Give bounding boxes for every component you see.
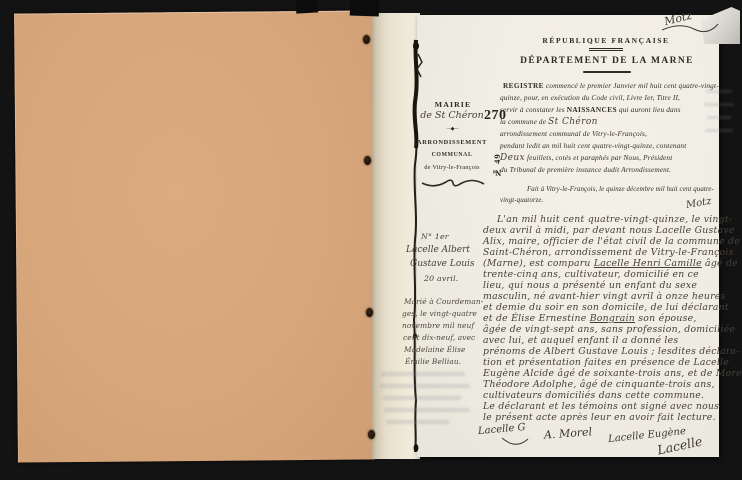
marginal-mention-line: Émilie Belliau.	[405, 357, 461, 366]
flourish-ornament	[420, 177, 486, 189]
acte-line: âgée de vingt-sept ans, sans profession,…	[483, 324, 735, 335]
ink-bleed	[381, 372, 465, 376]
left-blank-page	[14, 10, 375, 462]
marginal-mention-line: novembre mil neuf	[402, 321, 474, 330]
republique-title: RÉPUBLIQUE FRANÇAISE	[542, 36, 669, 45]
binding-hole	[363, 35, 370, 44]
marginal-mention-line: Marié à Courdeman-	[404, 297, 483, 306]
naissances-word: NAISSANCES	[567, 105, 617, 114]
ink-bleed	[707, 116, 731, 119]
departement-title: DÉPARTEMENT DE LA MARNE	[520, 56, 694, 66]
ornament-divider: —◆—	[447, 126, 458, 132]
acte-line: Théodore Adolphe, âgé de cinquante-trois…	[483, 379, 715, 390]
corner-annotation-flourish	[660, 20, 720, 36]
mairie-label: MAIRIE	[435, 100, 472, 109]
page-number-stamp: 270	[484, 108, 507, 124]
acte-line: cultivateurs domiciliés dans cette commu…	[483, 390, 704, 401]
declarant-name: Lacelle Henri Camille	[594, 258, 702, 269]
folio-stamp: № 49	[492, 140, 502, 178]
registre-paragraph-line: REGISTRE commencé le premier Janvier mil…	[503, 81, 719, 90]
marginal-mention-line: Madelaine Élise	[404, 345, 465, 354]
header-rule	[583, 71, 631, 73]
registre-paragraph-line: servir à constater les NAISSANCES qui au…	[500, 105, 681, 114]
acte-line: et demie du soir en son domicile, de lui…	[483, 302, 729, 313]
acte-line: le présent acte après leur en avoir fait…	[483, 412, 716, 423]
arrondissement-label: ARRONDISSEMENT	[417, 139, 487, 146]
margin-birth-date: 20 avril.	[424, 274, 458, 283]
acte-line: Le déclarant et les témoins ont signé av…	[483, 401, 719, 412]
acte-line: lieu, qui nous a présenté un enfant du s…	[483, 280, 697, 291]
ink-bleed	[704, 103, 734, 106]
archive-scan-page: { "colors": { "background": "#131313", "…	[0, 0, 742, 480]
mairie-commune-handwritten: de St Chéron	[420, 110, 483, 121]
registre-paragraph-line: Deux feuillets, cotés et paraphés par No…	[500, 153, 672, 163]
margin-child-name: Gustave Louis	[410, 259, 475, 269]
ink-bleed	[380, 384, 470, 388]
acte-line: Eugène Alcide âgé de soixante-trois ans,…	[483, 368, 742, 379]
acte-line: trente-cinq ans, cultivateur, domicilié …	[483, 269, 699, 280]
registre-paragraph-line: pendant ledit an mil huit cent quatre-vi…	[500, 141, 686, 150]
ink-bleed	[384, 408, 470, 412]
ink-bleed	[383, 396, 461, 400]
commune-handwritten: St Chéron	[548, 117, 598, 127]
registre-paragraph-line: du Tribunal de première instance dudit A…	[500, 165, 671, 174]
binding-hole	[364, 156, 371, 165]
binding-hole	[366, 308, 373, 317]
fait-line: vingt-quatorze.	[500, 197, 543, 204]
registre-word: REGISTRE	[503, 81, 544, 90]
signature-flourish	[500, 436, 530, 448]
acte-line: avec lui, et auquel enfant il a donné le…	[483, 335, 678, 346]
binding-tab	[296, 0, 319, 14]
binding-tab	[350, 0, 380, 17]
acte-line: et de Élise Ernestine Bongrain son épous…	[483, 313, 697, 324]
marginal-mention-line: ges, le vingt-quatre	[402, 309, 477, 318]
acte-line: masculin, né avant-hier vingt avril à on…	[483, 291, 726, 302]
acte-line: Alix, maire, officier de l'état civil de…	[483, 236, 740, 247]
acte-line: L'an mil huit cent quatre-vingt-quinze, …	[497, 214, 732, 225]
communal-label: COMMUNAL	[432, 152, 473, 158]
ink-bleed	[386, 420, 450, 424]
fait-line: Fait à Vitry-le-François, le quinze déce…	[527, 186, 714, 193]
acte-line: (Marne), est comparu Lacelle Henri Camil…	[483, 258, 738, 269]
ink-bleed	[705, 129, 733, 132]
marginal-mention-line: cent dix-neuf, avec	[403, 333, 475, 342]
header-rule	[589, 50, 623, 51]
registre-paragraph-line: la commune de St Chéron	[500, 117, 598, 127]
feuillets-count-handwritten: Deux	[500, 153, 525, 163]
registre-paragraph-line: quinze, pour, en exécution du Code civil…	[500, 93, 680, 102]
acte-line: Saint-Chéron, arrondissement de Vitry-le…	[483, 247, 734, 258]
ink-bleed	[706, 90, 732, 93]
binding-hole	[368, 430, 375, 439]
registre-paragraph-line: arrondissement communal de Vitry-le-Fran…	[500, 129, 647, 138]
acte-line: prénoms de Albert Gustave Louis ; lesdit…	[483, 346, 740, 357]
margin-child-name: Lacelle Albert	[406, 245, 470, 255]
header-rule	[589, 48, 623, 49]
margin-acte-number: N° 1er	[421, 232, 449, 241]
acte-line: tion et présentation faites en présence …	[483, 357, 729, 368]
ville-label: de Vitry-le-François	[424, 164, 480, 171]
acte-line: deux avril à midi, par devant nous Lacel…	[483, 225, 735, 236]
mother-name: Bongrain	[590, 313, 635, 324]
